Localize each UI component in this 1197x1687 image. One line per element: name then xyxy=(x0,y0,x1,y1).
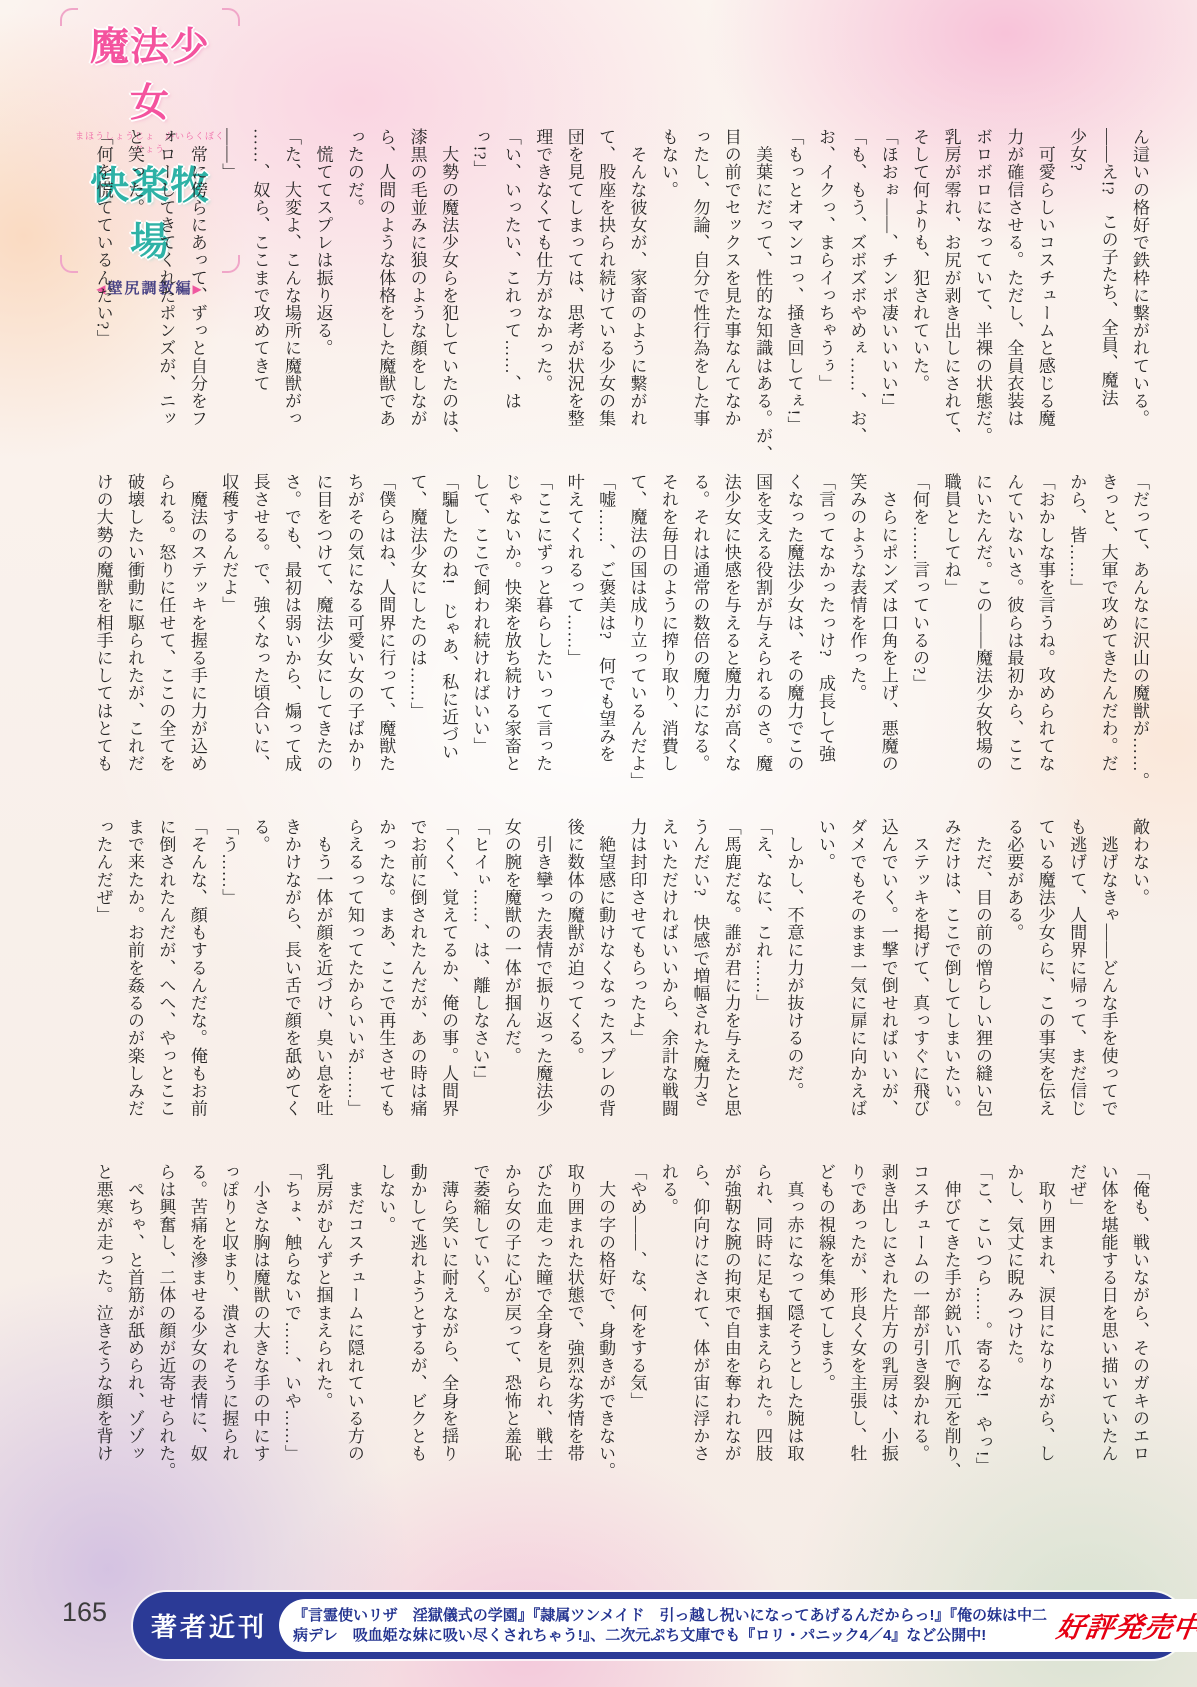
text-band-2: 「だって、あんなに沢山の魔獣が……。きっと、大軍で攻めてきたんだわ。だから、皆…… xyxy=(85,473,1155,814)
novel-text-area: ん這いの格好で鉄枠に繋がれている。――え!? この子たち、全員、魔法少女? 可愛… xyxy=(85,128,1155,1508)
promo-bar-label: 著者近刊 xyxy=(151,1607,267,1644)
text-column: っぽりと収まり、潰されそうに握られ xyxy=(213,1163,244,1504)
text-column: 笑みのような表情を作った。 xyxy=(841,473,872,814)
text-column: らは興奮し、二体の顔が近寄せられた。 xyxy=(150,1163,181,1504)
text-column: 慌ててスプレは振り返る。 xyxy=(307,128,338,469)
text-column: る。苦痛を滲ませる少女の表情に、奴 xyxy=(181,1163,212,1504)
text-column: と笑った。 xyxy=(119,128,150,469)
text-column: 美葉にだって、性的な知識はある。が、 xyxy=(747,128,778,469)
text-column: ている魔法少女らに、この事実を伝え xyxy=(1029,818,1060,1159)
text-column: 「そんな、顔もするんだな。俺もお前 xyxy=(181,818,212,1159)
text-column: が強靭な腕の拘束で自由を奪われなが xyxy=(715,1163,746,1504)
text-column: 「やめ――、な、何をする気」 xyxy=(621,1163,652,1504)
text-column: 込んでいく。一撃で倒せればいいが、 xyxy=(872,818,903,1159)
text-column: ら、仰向けにされて、体が宙に浮かさ xyxy=(684,1163,715,1504)
text-column: 逃げなきゃ――どんな手を使ってで xyxy=(1092,818,1123,1159)
text-column: 団を見てしまっては、思考が状況を整 xyxy=(558,128,589,469)
promo-box: 『言霊使いリザ 淫獄儀式の学園』『隷属ツンメイド 引っ越し祝いになってあげるんだ… xyxy=(279,1599,1197,1652)
promo-booklist: 『言霊使いリザ 淫獄儀式の学園』『隷属ツンメイド 引っ越し祝いになってあげるんだ… xyxy=(293,1606,1047,1646)
text-column: られ、同時に足も掴まえられた。四肢 xyxy=(747,1163,778,1504)
text-column: ったのだ。 xyxy=(338,128,369,469)
text-column: で萎縮していく。 xyxy=(464,1163,495,1504)
text-column: 「た、大変よ、こんな場所に魔獣がっ xyxy=(276,128,307,469)
text-column: んていないさ。彼らは最初から、ここ xyxy=(998,473,1029,814)
text-column: ――」 xyxy=(213,128,244,469)
text-band-4: 「俺も、戦いながら、そのガキのエロい体を堪能する日を思い描いていたんだぜ」 取り… xyxy=(85,1163,1155,1504)
text-column: 乳房が零れ、お尻が剥き出しにされて、 xyxy=(935,128,966,469)
logo-title-line1: 魔法少女 xyxy=(74,16,226,128)
text-column: 小さな胸は魔獣の大きな手の中にす xyxy=(244,1163,275,1504)
text-band-1: ん這いの格好で鉄枠に繋がれている。――え!? この子たち、全員、魔法少女? 可愛… xyxy=(85,128,1155,469)
text-column: 「こ、こいつら……。寄るな! やっ!」 xyxy=(967,1163,998,1504)
text-column: 「何を……言っているの?」 xyxy=(904,473,935,814)
text-column: もない。 xyxy=(653,128,684,469)
text-column: えいただければいいから、余計な戦闘 xyxy=(653,818,684,1159)
text-column: まで来たか。お前を姦るのが楽しみだ xyxy=(119,818,150,1159)
text-column: 「え、なに、これ……」 xyxy=(747,818,778,1159)
text-column: 「馬鹿だな。誰が君に力を与えたと思 xyxy=(715,818,746,1159)
text-column: て、魔法の国は成り立っているんだよ」 xyxy=(621,473,652,814)
text-column: 「も、もう、ズボズボやめぇ……、お、 xyxy=(841,128,872,469)
text-column: 長させる。で、強くなった頃合いに、 xyxy=(244,473,275,814)
text-column: も逃げて、人間界に帰って、まだ信じ xyxy=(1061,818,1092,1159)
page-number: 165 xyxy=(62,1597,107,1628)
text-column: 少女? xyxy=(1061,128,1092,469)
text-column: 大の字の格好で、身動きができない。 xyxy=(590,1163,621,1504)
text-column: 後に数体の魔獣が迫ってくる。 xyxy=(558,818,589,1159)
text-column: ォローしてきてくれたポンズが、ニッ xyxy=(150,128,181,469)
text-column: 「何を慌てているんだい?」 xyxy=(87,128,118,469)
text-column: る。 xyxy=(244,818,275,1159)
text-column: にいたんだ。この――魔法少女牧場の xyxy=(967,473,998,814)
text-column: コスチュームの一部が引き裂かれる。 xyxy=(904,1163,935,1504)
text-column: りであったが、形良く女を主張し、牡 xyxy=(841,1163,872,1504)
text-column: 「だって、あんなに沢山の魔獣が……。 xyxy=(1124,473,1155,814)
text-column: どもの視線を集めてしまう。 xyxy=(810,1163,841,1504)
text-column: 大勢の魔法少女らを犯していたのは、 xyxy=(433,128,464,469)
text-column: っ!?」 xyxy=(464,128,495,469)
text-column: 真っ赤になって隠そうとした腕は取 xyxy=(778,1163,809,1504)
text-column: 取り囲まれ、涙目になりながら、し xyxy=(1029,1163,1060,1504)
text-column: 力は封印させてもらったよ」 xyxy=(621,818,652,1159)
text-column: しかし、不意に力が抜けるのだ。 xyxy=(778,818,809,1159)
text-column: と悪寒が走った。泣きそうな顔を背け xyxy=(87,1163,118,1504)
text-column: から女の子に心が戻って、恐怖と羞恥 xyxy=(495,1163,526,1504)
text-column: る。それは通常の数倍の魔力になる。 xyxy=(684,473,715,814)
text-column: もう一体が顔を近づけ、臭い息を吐 xyxy=(307,818,338,1159)
promo-on-sale-label: 好評発売中! xyxy=(1054,1606,1197,1646)
text-column: 女の腕を魔獣の一体が掴んだ。 xyxy=(495,818,526,1159)
text-column: 漆黒の毛並みに狼のような顔をしなが xyxy=(401,128,432,469)
text-column: うんだい? 快感で増幅された魔力さ xyxy=(684,818,715,1159)
text-column: まだコスチュームに隠れている方の xyxy=(338,1163,369,1504)
text-column: ったんだぜ」 xyxy=(87,818,118,1159)
text-column: 「ここにずっと暮らしたいって言った xyxy=(527,473,558,814)
text-column: それを毎日のように搾り取り、消費し xyxy=(653,473,684,814)
text-column: みだけは、ここで倒してしまいたい。 xyxy=(935,818,966,1159)
text-column: ぺちゃ、と首筋が舐められ、ゾゾッ xyxy=(119,1163,150,1504)
text-column: 魔法のステッキを握る手に力が込め xyxy=(181,473,212,814)
text-column: に目をつけて、魔法少女にしてきたの xyxy=(307,473,338,814)
text-column: られる。怒りに任せて、ここの全てを xyxy=(150,473,181,814)
text-column: ん這いの格好で鉄枠に繋がれている。 xyxy=(1124,128,1155,469)
text-column: さ。でも、最初は弱いから、煽って成 xyxy=(276,473,307,814)
text-column: じゃないか。快楽を放ち続ける家畜と xyxy=(495,473,526,814)
text-column: 破壊したい衝動に駆られたが、これだ xyxy=(119,473,150,814)
text-column: 敵わない。 xyxy=(1124,818,1155,1159)
text-column: きかけながら、長い舌で顔を舐めてく xyxy=(276,818,307,1159)
text-column: 薄ら笑いに耐えながら、全身を揺り xyxy=(433,1163,464,1504)
text-column: 「う……」 xyxy=(213,818,244,1159)
text-column: から、皆……」 xyxy=(1061,473,1092,814)
text-column: れる。 xyxy=(653,1163,684,1504)
promo-booklist-line1: 『言霊使いリザ 淫獄儀式の学園』『隷属ツンメイド 引っ越し祝いになってあげるんだ… xyxy=(293,1606,1047,1626)
text-column: 国を支える役割が与えられるのさ。魔 xyxy=(747,473,778,814)
text-column: ただ、目の前の憎らしい狸の縫い包 xyxy=(967,818,998,1159)
text-band-3: 敵わない。 逃げなきゃ――どんな手を使ってでも逃げて、人間界に帰って、まだ信じて… xyxy=(85,818,1155,1159)
text-column: ダメでもそのまま一気に扉に向かえば xyxy=(841,818,872,1159)
text-column: 収穫するんだよ」 xyxy=(213,473,244,814)
text-column: 叶えてくれるって……」 xyxy=(558,473,589,814)
text-column: して、ここで飼われ続ければいい」 xyxy=(464,473,495,814)
text-column: 目の前でセックスを見た事なんてなか xyxy=(715,128,746,469)
text-column: 「騙したのね! じゃあ、私に近づい xyxy=(433,473,464,814)
text-column: けの大勢の魔獣を相手にしてはとても xyxy=(87,473,118,814)
text-column: そんな彼女が、家畜のように繋がれ xyxy=(621,128,652,469)
text-column: かったな。まあ、ここで再生させても xyxy=(370,818,401,1159)
text-column: て、魔法少女にしたのは……」 xyxy=(401,473,432,814)
text-column: 引き攣った表情で振り返った魔法少 xyxy=(527,818,558,1159)
text-column: らえるって知ってたからいいが……」 xyxy=(338,818,369,1159)
text-column: 常に傍らにあって、ずっと自分をフ xyxy=(181,128,212,469)
text-column: い体を堪能する日を思い描いていたん xyxy=(1092,1163,1123,1504)
text-column: 絶望感に動けなくなったスプレの背 xyxy=(590,818,621,1159)
text-column: ボロボロになっていて、半裸の状態だ。 xyxy=(967,128,998,469)
text-column: 「嘘……、ご褒美は? 何でも望みを xyxy=(590,473,621,814)
text-column: きっと、大軍で攻めてきたんだわ。だ xyxy=(1092,473,1123,814)
text-column: 力が確信させる。ただし、全員衣装は xyxy=(998,128,1029,469)
text-column: かし、気丈に睨みつけた。 xyxy=(998,1163,1029,1504)
text-column: 乳房がむんずと掴まえられた。 xyxy=(307,1163,338,1504)
text-column: くなった魔法少女は、その魔力でこの xyxy=(778,473,809,814)
promo-booklist-line2: 病デレ 吸血姫な妹に吸い尽くされちゃう!』、二次元ぷち文庫でも『ロリ・パニック4… xyxy=(293,1626,1047,1646)
text-column: 「言ってなかったっけ? 成長して強 xyxy=(810,473,841,814)
text-column: 動かして逃れようとするが、ビクとも xyxy=(401,1163,432,1504)
text-column: 職員としてね」 xyxy=(935,473,966,814)
text-column: 理できなくても仕方がなかった。 xyxy=(527,128,558,469)
text-column: ったし、勿論、自分で性行為をした事 xyxy=(684,128,715,469)
text-column: ……、奴ら、ここまで攻めてきて xyxy=(244,128,275,469)
text-column: 伸びてきた手が鋭い爪で胸元を削り、 xyxy=(935,1163,966,1504)
text-column: ステッキを掲げて、真っすぐに飛び xyxy=(904,818,935,1159)
text-column: 「ちょ、触らないで……、いや……」 xyxy=(276,1163,307,1504)
text-column: 「もっとオマンコっ、掻き回してぇ!」 xyxy=(778,128,809,469)
text-column: お、イクっ、まらイっちゃうぅ」 xyxy=(810,128,841,469)
text-column: ――え!? この子たち、全員、魔法 xyxy=(1092,128,1123,469)
author-promo-bar: 著者近刊 『言霊使いリザ 淫獄儀式の学園』『隷属ツンメイド 引っ越し祝いになって… xyxy=(133,1592,1185,1659)
text-column: 「い、いったい、これって……、は xyxy=(495,128,526,469)
text-column: 「僕らはね、人間界に行って、魔獣た xyxy=(370,473,401,814)
text-column: る必要がある。 xyxy=(998,818,1029,1159)
text-column: 「ほおぉ――、チンポ凄いいいい!」 xyxy=(872,128,903,469)
text-column: 取り囲まれた状態で、強烈な劣情を帯 xyxy=(558,1163,589,1504)
text-column: 「ヒイぃ……、は、離しなさい!」 xyxy=(464,818,495,1159)
text-column: 法少女に快感を与えると魔力が高くな xyxy=(715,473,746,814)
text-column: だぜ」 xyxy=(1061,1163,1092,1504)
text-column: しない。 xyxy=(370,1163,401,1504)
text-column: ら、人間のような体格をした魔獣であ xyxy=(370,128,401,469)
text-column: びた血走った瞳で全身を見られ、戦士 xyxy=(527,1163,558,1504)
text-column: 可愛らしいコスチュームと感じる魔 xyxy=(1029,128,1060,469)
text-column: 「おかしな事を言うね。攻められてな xyxy=(1029,473,1060,814)
text-column: いい。 xyxy=(810,818,841,1159)
text-column: 「俺も、戦いながら、そのガキのエロ xyxy=(1124,1163,1155,1504)
text-column: 剥き出しにされた片方の乳房は、小振 xyxy=(872,1163,903,1504)
text-column: そして何よりも、犯されていた。 xyxy=(904,128,935,469)
text-column: に倒されたんだが、へへ、やっとここ xyxy=(150,818,181,1159)
text-column: さらにポンズは口角を上げ、悪魔の xyxy=(872,473,903,814)
text-column: 「くく、覚えてるか、俺の事。人間界 xyxy=(433,818,464,1159)
text-column: でお前に倒されたんだが、あの時は痛 xyxy=(401,818,432,1159)
text-column: て、股座を抉られ続けている少女の集 xyxy=(590,128,621,469)
text-column: ちがその気になる可愛い女の子ばかり xyxy=(338,473,369,814)
